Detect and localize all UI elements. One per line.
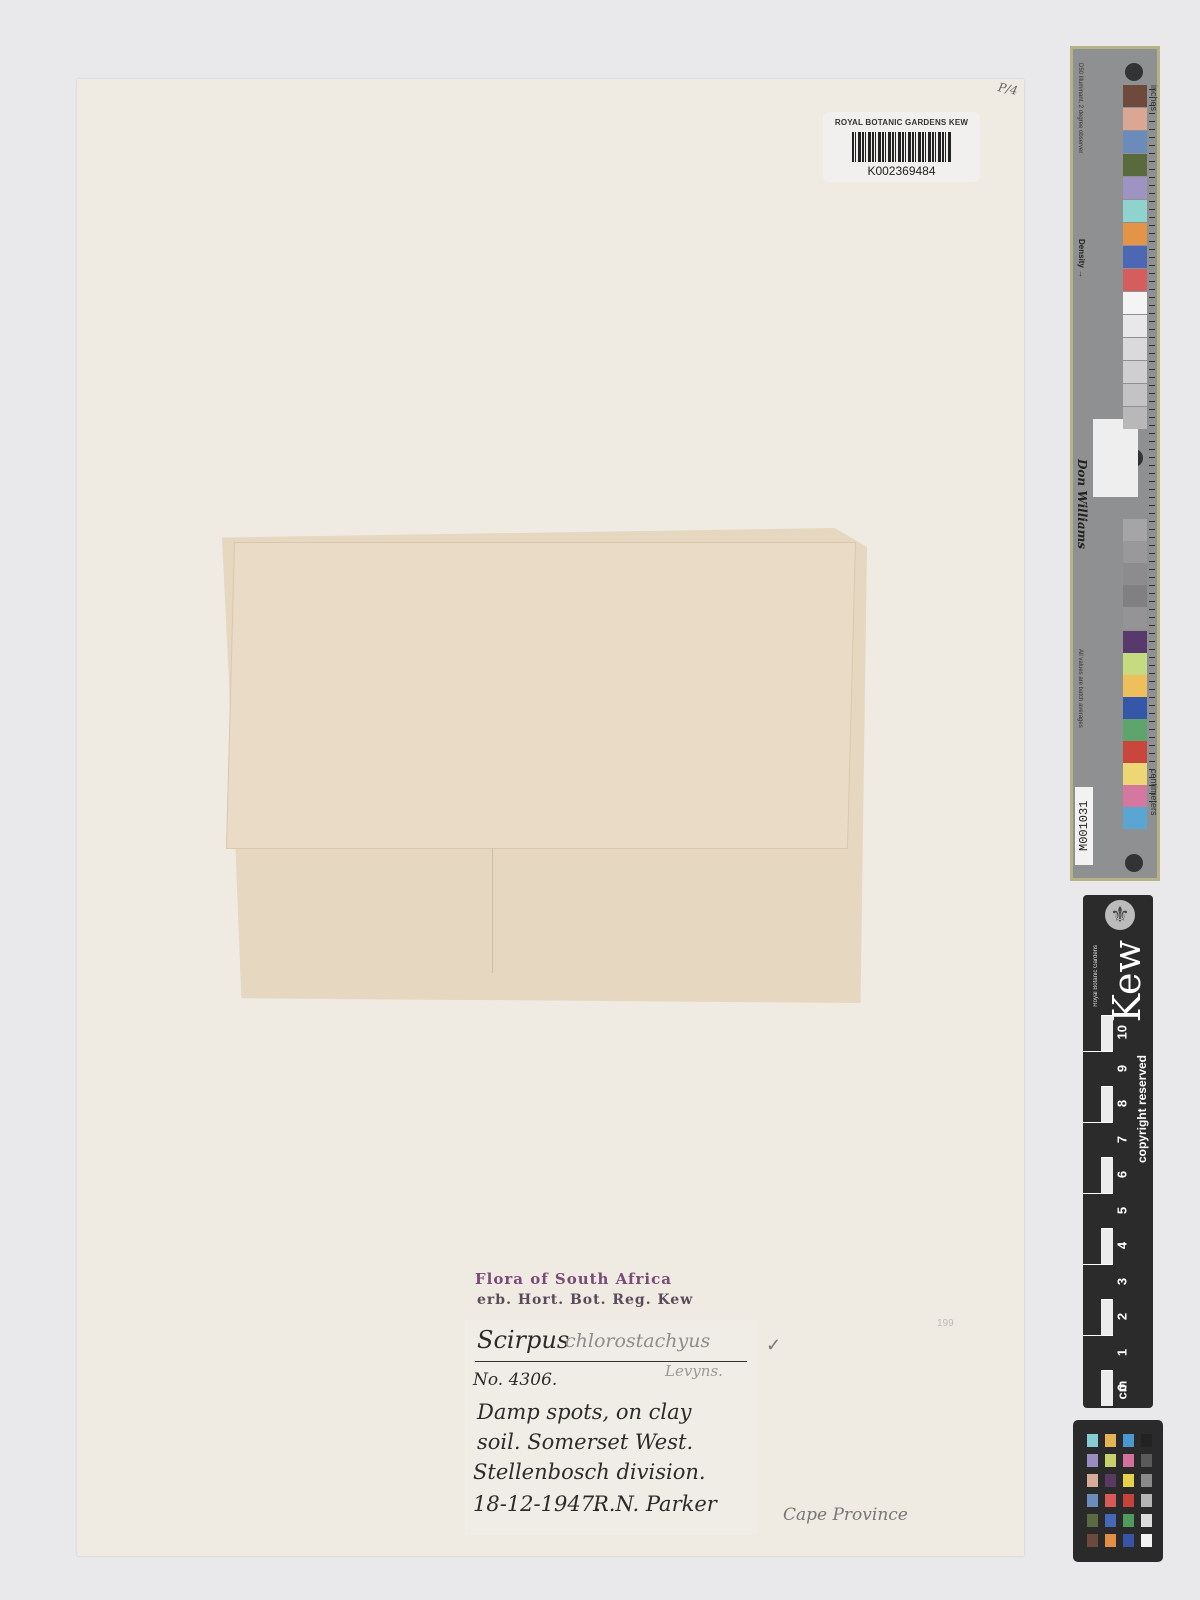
check-mark-icon: ✓ (766, 1335, 781, 1356)
color-swatch (1123, 697, 1147, 719)
cm-tick-label: 9 (1115, 1061, 1130, 1075)
cm-tick-label: 8 (1115, 1097, 1130, 1111)
resolution-target (1093, 419, 1138, 497)
species-epithet: chlorostachyus (565, 1330, 710, 1352)
gray-swatch (1123, 519, 1147, 541)
gray-swatch (1123, 607, 1147, 629)
cm-scale-block (1101, 1299, 1113, 1335)
specimen-label: Scirpus chlorostachyus Levyns. No. 4306.… (465, 1320, 757, 1535)
kew-scale-bar: ⚜ Kew Royal Botanic Gardens copyright re… (1083, 895, 1153, 1408)
collection-date: 18-12-1947. (473, 1492, 601, 1516)
region-annotation: Cape Province (783, 1505, 908, 1525)
checker-cell (1123, 1454, 1134, 1467)
color-calibration-ruler: D50 Illuminant, 2 degree observer Densit… (1070, 46, 1160, 881)
color-swatch (1123, 154, 1147, 176)
stamp-line-1: Flora of South Africa (475, 1270, 693, 1288)
gray-swatch (1123, 315, 1147, 337)
habitat-line-1: Damp spots, on clay (477, 1400, 692, 1424)
density-label: Density → (1077, 239, 1086, 278)
gray-swatch (1123, 407, 1147, 429)
color-swatch (1123, 741, 1147, 763)
checker-cell (1105, 1514, 1116, 1527)
checker-cell (1123, 1474, 1134, 1487)
cm-scale-block (1101, 1370, 1113, 1406)
color-swatch (1123, 85, 1147, 107)
gray-swatch (1123, 292, 1147, 314)
cm-tick-label: 4 (1115, 1239, 1130, 1253)
checker-cell (1123, 1514, 1134, 1527)
cm-scale-block (1083, 1122, 1113, 1158)
barcode-label: ROYAL BOTANIC GARDENS KEW K002369484 (823, 112, 980, 182)
checker-cell (1123, 1534, 1134, 1547)
cm-scale-block (1101, 1015, 1113, 1051)
cm-tick-label: 7 (1115, 1132, 1130, 1146)
barcode-number: K002369484 (823, 164, 980, 178)
checker-cell (1141, 1534, 1152, 1547)
cm-scale-block (1083, 1264, 1113, 1300)
determiner: Levyns. (665, 1362, 723, 1380)
ruler-hole-icon (1125, 854, 1143, 872)
color-swatch (1123, 675, 1147, 697)
checker-cell (1087, 1494, 1098, 1507)
color-swatch (1123, 223, 1147, 245)
color-swatch (1123, 200, 1147, 222)
checker-cell (1087, 1514, 1098, 1527)
packet-fold-line (492, 848, 493, 973)
ruler-brand: Don Williams (1075, 459, 1089, 549)
cm-tick-label: 2 (1115, 1310, 1130, 1324)
checker-cell (1087, 1434, 1098, 1447)
institution-name: ROYAL BOTANIC GARDENS KEW (823, 118, 980, 127)
kew-crest-icon: ⚜ (1105, 900, 1135, 930)
ruler-hole-icon (1125, 63, 1143, 81)
specimen-packet (222, 528, 867, 1003)
illuminant-note: D50 Illuminant, 2 degree observer (1077, 63, 1083, 153)
kew-subtitle: Royal Botanic Gardens (1093, 945, 1099, 1007)
color-swatch (1123, 131, 1147, 153)
copyright-label: copyright reserved (1135, 1055, 1149, 1163)
cm-tick-label: 1 (1115, 1345, 1130, 1359)
gray-swatch (1123, 384, 1147, 406)
checker-cell (1141, 1434, 1152, 1447)
ruler-scale (1149, 89, 1155, 809)
color-swatch (1123, 763, 1147, 785)
checker-cell (1105, 1434, 1116, 1447)
color-swatch (1123, 719, 1147, 741)
checker-cell (1105, 1494, 1116, 1507)
color-checker-card (1073, 1420, 1163, 1562)
habitat-line-3: Stellenbosch division. (473, 1460, 706, 1484)
checker-cell (1087, 1454, 1098, 1467)
color-swatch (1123, 807, 1147, 829)
checker-cell (1141, 1514, 1152, 1527)
cm-tick-label: 5 (1115, 1203, 1130, 1217)
genus-name: Scirpus (477, 1326, 569, 1354)
collector-name: R.N. Parker (593, 1492, 717, 1516)
checker-cell (1087, 1474, 1098, 1487)
color-swatch (1123, 631, 1147, 653)
cm-scale-block (1101, 1086, 1113, 1122)
cm-scale-block (1101, 1228, 1113, 1264)
cm-scale-block (1083, 1051, 1113, 1087)
color-swatch (1123, 653, 1147, 675)
gray-swatch (1123, 361, 1147, 383)
values-note: All values are batch averages (1077, 649, 1083, 728)
checker-cell (1087, 1534, 1098, 1547)
cm-scale-block (1083, 1335, 1113, 1371)
color-swatch (1123, 177, 1147, 199)
checker-cell (1141, 1454, 1152, 1467)
pencil-number: 199 (937, 1318, 954, 1329)
stamp-line-2: erb. Hort. Bot. Reg. Kew (477, 1292, 693, 1308)
barcode-icon (852, 132, 952, 162)
gray-swatch (1123, 585, 1147, 607)
gray-swatch (1123, 541, 1147, 563)
cm-scale-block (1083, 1193, 1113, 1229)
packet-flap (226, 542, 856, 849)
color-swatch (1123, 785, 1147, 807)
checker-cell (1105, 1534, 1116, 1547)
collection-number: No. 4306. (473, 1370, 557, 1390)
checker-cell (1123, 1434, 1134, 1447)
kew-logo: Kew (1105, 940, 1149, 1022)
gray-swatch (1123, 563, 1147, 585)
checker-cell (1105, 1474, 1116, 1487)
cm-scale-block (1101, 1157, 1113, 1193)
gray-swatch (1123, 338, 1147, 360)
checker-cell (1141, 1494, 1152, 1507)
cm-tick-label: 3 (1115, 1274, 1130, 1288)
color-swatch (1123, 108, 1147, 130)
checker-cell (1105, 1454, 1116, 1467)
cm-tick-label: 6 (1115, 1168, 1130, 1182)
cm-unit-label: cm (1115, 1386, 1130, 1400)
color-swatch (1123, 246, 1147, 268)
cm-tick-label: 10 (1115, 1026, 1130, 1040)
habitat-line-2: soil. Somerset West. (477, 1430, 693, 1454)
checker-cell (1141, 1474, 1152, 1487)
checker-cell (1123, 1494, 1134, 1507)
ruler-id-tag: M001031 (1075, 787, 1093, 865)
herbarium-stamp: Flora of South Africa erb. Hort. Bot. Re… (475, 1270, 693, 1308)
color-swatch (1123, 269, 1147, 291)
